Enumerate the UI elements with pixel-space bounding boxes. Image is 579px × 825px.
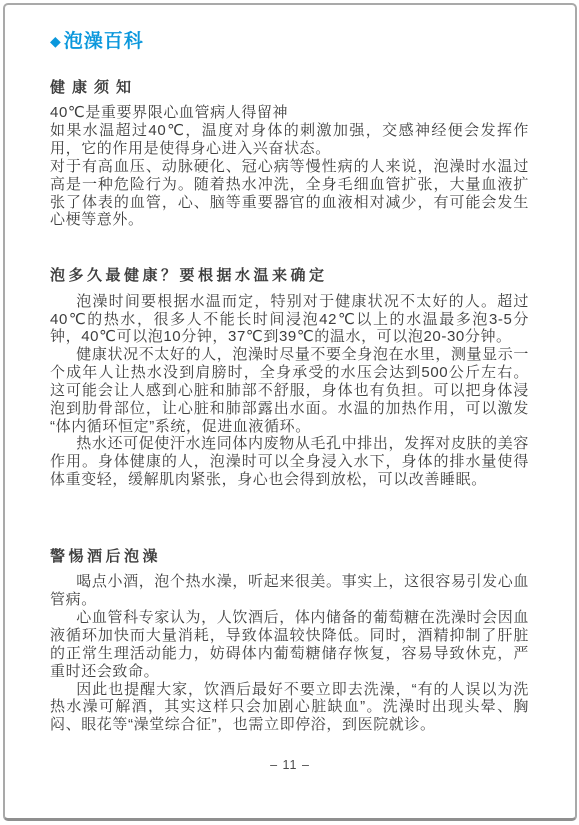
document-page: ◆ 泡澡百科 健康须知 40℃是重要界限心血管病人得留神如果水温超过40℃，温度…: [3, 3, 577, 821]
page-title: ◆ 泡澡百科: [50, 31, 529, 54]
paragraph: 40℃是重要界限心血管病人得留神: [50, 104, 529, 122]
section: 警惕酒后泡澡 喝点小酒，泡个热水澡，听起来很美。事实上，这很容易引发心血管病。心…: [50, 547, 529, 734]
section-paragraphs: 喝点小酒，泡个热水澡，听起来很美。事实上，这很容易引发心血管病。心血管科专家认为…: [50, 573, 529, 734]
section-heading: 健康须知: [50, 78, 529, 98]
paragraph: 健康状况不太好的人，泡澡时尽量不要全身泡在水里，测量显示一个成年人让热水没到肩膀…: [50, 346, 529, 435]
page-title-text: 泡澡百科: [64, 31, 144, 54]
section-heading: 警惕酒后泡澡: [50, 547, 529, 567]
section: 健康须知 40℃是重要界限心血管病人得留神如果水温超过40℃，温度对身体的刺激加…: [50, 78, 529, 229]
paragraph: 泡澡时间要根据水温而定，特别对于健康状况不太好的人。超过40℃的热水，很多人不能…: [50, 293, 529, 347]
paragraph: 因此也提醒大家，饮酒后最好不要立即去洗澡，“有的人误以为洗热水澡可解酒，其实这样…: [50, 681, 529, 735]
paragraph: 对于有高血压、动脉硬化、冠心病等慢性病的人来说，泡澡时水温过高是一种危险行为。随…: [50, 158, 529, 229]
section-paragraphs: 泡澡时间要根据水温而定，特别对于健康状况不太好的人。超过40℃的热水，很多人不能…: [50, 293, 529, 489]
paragraph: 心血管科专家认为，人饮酒后，体内储备的葡萄糖在洗澡时会因血液循环加快而大量消耗，…: [50, 609, 529, 680]
paragraph: 热水还可促使汗水连同体内废物从毛孔中排出，发挥对皮肤的美容作用。身体健康的人，泡…: [50, 435, 529, 489]
canvas: ◆ 泡澡百科 健康须知 40℃是重要界限心血管病人得留神如果水温超过40℃，温度…: [0, 0, 579, 825]
page-content: ◆ 泡澡百科 健康须知 40℃是重要界限心血管病人得留神如果水温超过40℃，温度…: [5, 5, 575, 734]
paragraph: 喝点小酒，泡个热水澡，听起来很美。事实上，这很容易引发心血管病。: [50, 573, 529, 609]
page-number: – 11 –: [5, 758, 575, 772]
sections-container: 健康须知 40℃是重要界限心血管病人得留神如果水温超过40℃，温度对身体的刺激加…: [50, 78, 529, 734]
paragraph: 如果水温超过40℃，温度对身体的刺激加强，交感神经便会发挥作用，它的作用是使得身…: [50, 122, 529, 158]
section-heading: 泡多久最健康？要根据水温来确定: [50, 266, 529, 286]
section: 泡多久最健康？要根据水温来确定 泡澡时间要根据水温而定，特别对于健康状况不太好的…: [50, 266, 529, 489]
section-paragraphs: 40℃是重要界限心血管病人得留神如果水温超过40℃，温度对身体的刺激加强，交感神…: [50, 104, 529, 229]
diamond-icon: ◆: [50, 33, 62, 50]
